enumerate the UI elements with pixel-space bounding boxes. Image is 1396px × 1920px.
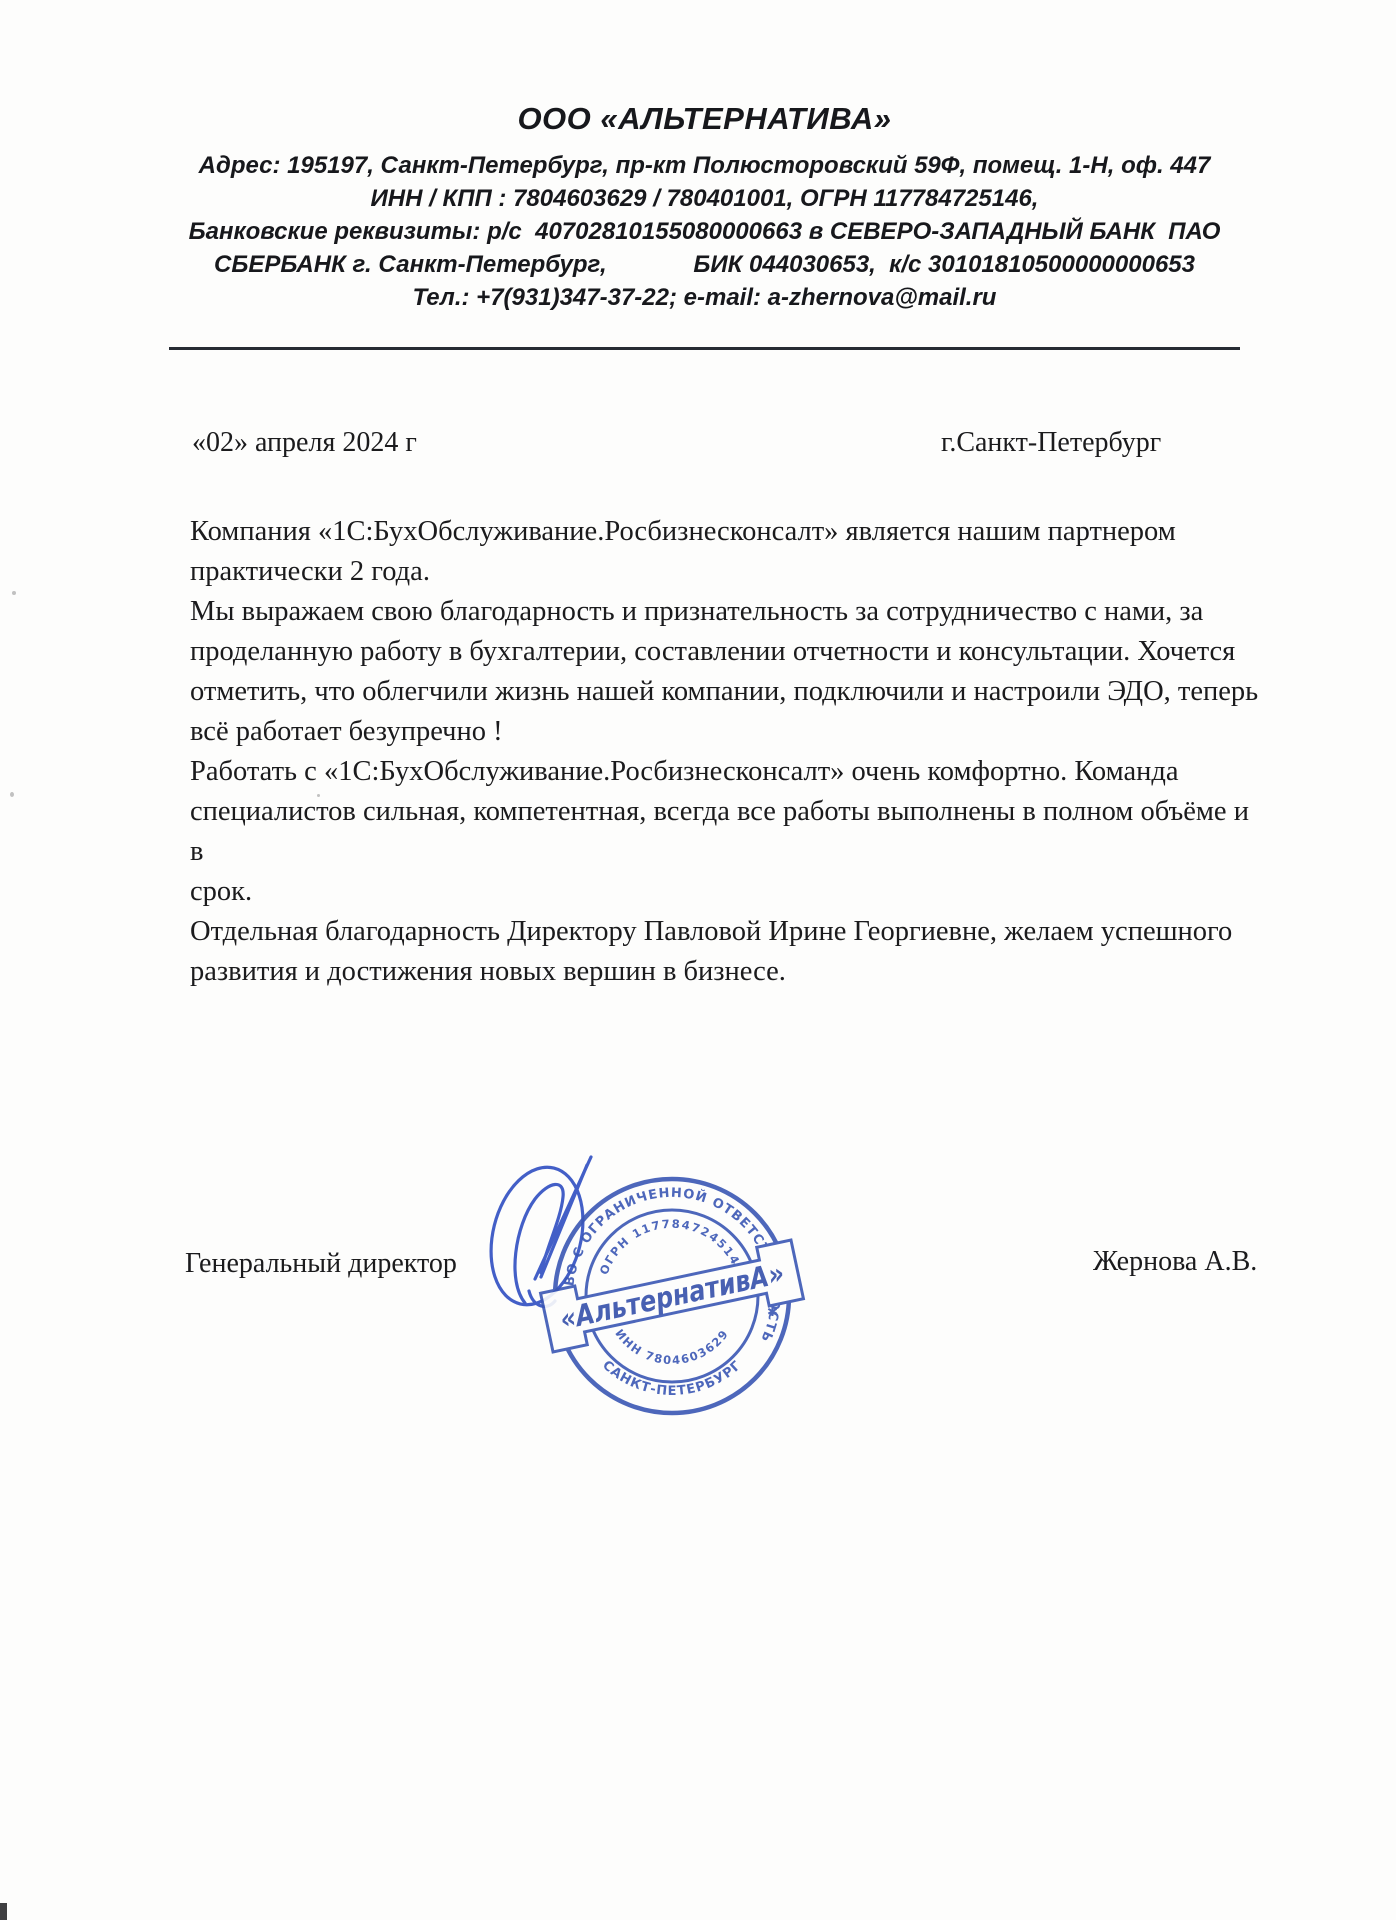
body-line: проделанную работу в бухгалтерии, состав… xyxy=(190,632,1265,672)
scan-corner-artifact xyxy=(0,1903,7,1920)
letterhead-inn-kpp-ogrn: ИНН / КПП : 7804603629 / 780401001, ОГРН… xyxy=(169,182,1240,215)
stamp-inn-text: ИНН 7804603629 xyxy=(612,1326,731,1367)
letterhead-contacts: Тел.: +7(931)347-37-22; e-mail: a-zherno… xyxy=(169,281,1240,314)
letterhead-bank-details-1: Банковские реквизиты: р/с 40702810155080… xyxy=(169,215,1240,248)
body-line: развития и достижения новых вершин в биз… xyxy=(190,952,1265,992)
scan-speck xyxy=(317,794,320,797)
body-line: специалистов сильная, компетентная, всег… xyxy=(190,792,1265,872)
body-line: отметить, что облегчили жизнь нашей комп… xyxy=(190,672,1265,712)
letterhead-divider-rule xyxy=(169,347,1240,350)
signer-role: Генеральный директор xyxy=(185,1248,457,1280)
letter-date: «02» апреля 2024 г xyxy=(192,427,417,459)
letterhead-bank-details-2: СБЕРБАНК г. Санкт-Петербург, БИК 0440306… xyxy=(169,248,1240,281)
letter-body: Компания «1С:БухОбслуживание.Росбизнеско… xyxy=(190,512,1265,992)
body-line: Мы выражаем свою благодарность и признат… xyxy=(190,592,1265,632)
company-stamp-and-signature: ОБЩЕСТВО С ОГРАНИЧЕННОЙ ОТВЕТСТВЕННОСТЬЮ… xyxy=(437,1131,817,1451)
body-line: всё работает безупречно ! xyxy=(190,712,1265,752)
scan-speck xyxy=(10,792,14,797)
body-line: Компания «1С:БухОбслуживание.Росбизнеско… xyxy=(190,512,1265,552)
signer-name: Жернова А.В. xyxy=(1093,1246,1257,1278)
handwritten-signature-strokes xyxy=(477,1157,596,1315)
body-line: практически 2 года. xyxy=(190,552,1265,592)
company-name: ООО «АЛЬТЕРНАТИВА» xyxy=(169,100,1240,138)
body-line: Отдельная благодарность Директору Павлов… xyxy=(190,912,1265,952)
body-line: срок. xyxy=(190,872,1265,912)
scanned-letter-page: ООО «АЛЬТЕРНАТИВА» Адрес: 195197, Санкт-… xyxy=(0,0,1396,1920)
scan-speck xyxy=(12,591,16,595)
letterhead-address: Адрес: 195197, Санкт-Петербург, пр-кт По… xyxy=(169,149,1240,182)
body-line: Работать с «1С:БухОбслуживание.Росбизнес… xyxy=(190,752,1265,792)
svg-text:ИНН 7804603629: ИНН 7804603629 xyxy=(612,1326,731,1367)
letterhead: ООО «АЛЬТЕРНАТИВА» Адрес: 195197, Санкт-… xyxy=(169,100,1240,314)
letter-city: г.Санкт-Петербург xyxy=(941,427,1161,459)
